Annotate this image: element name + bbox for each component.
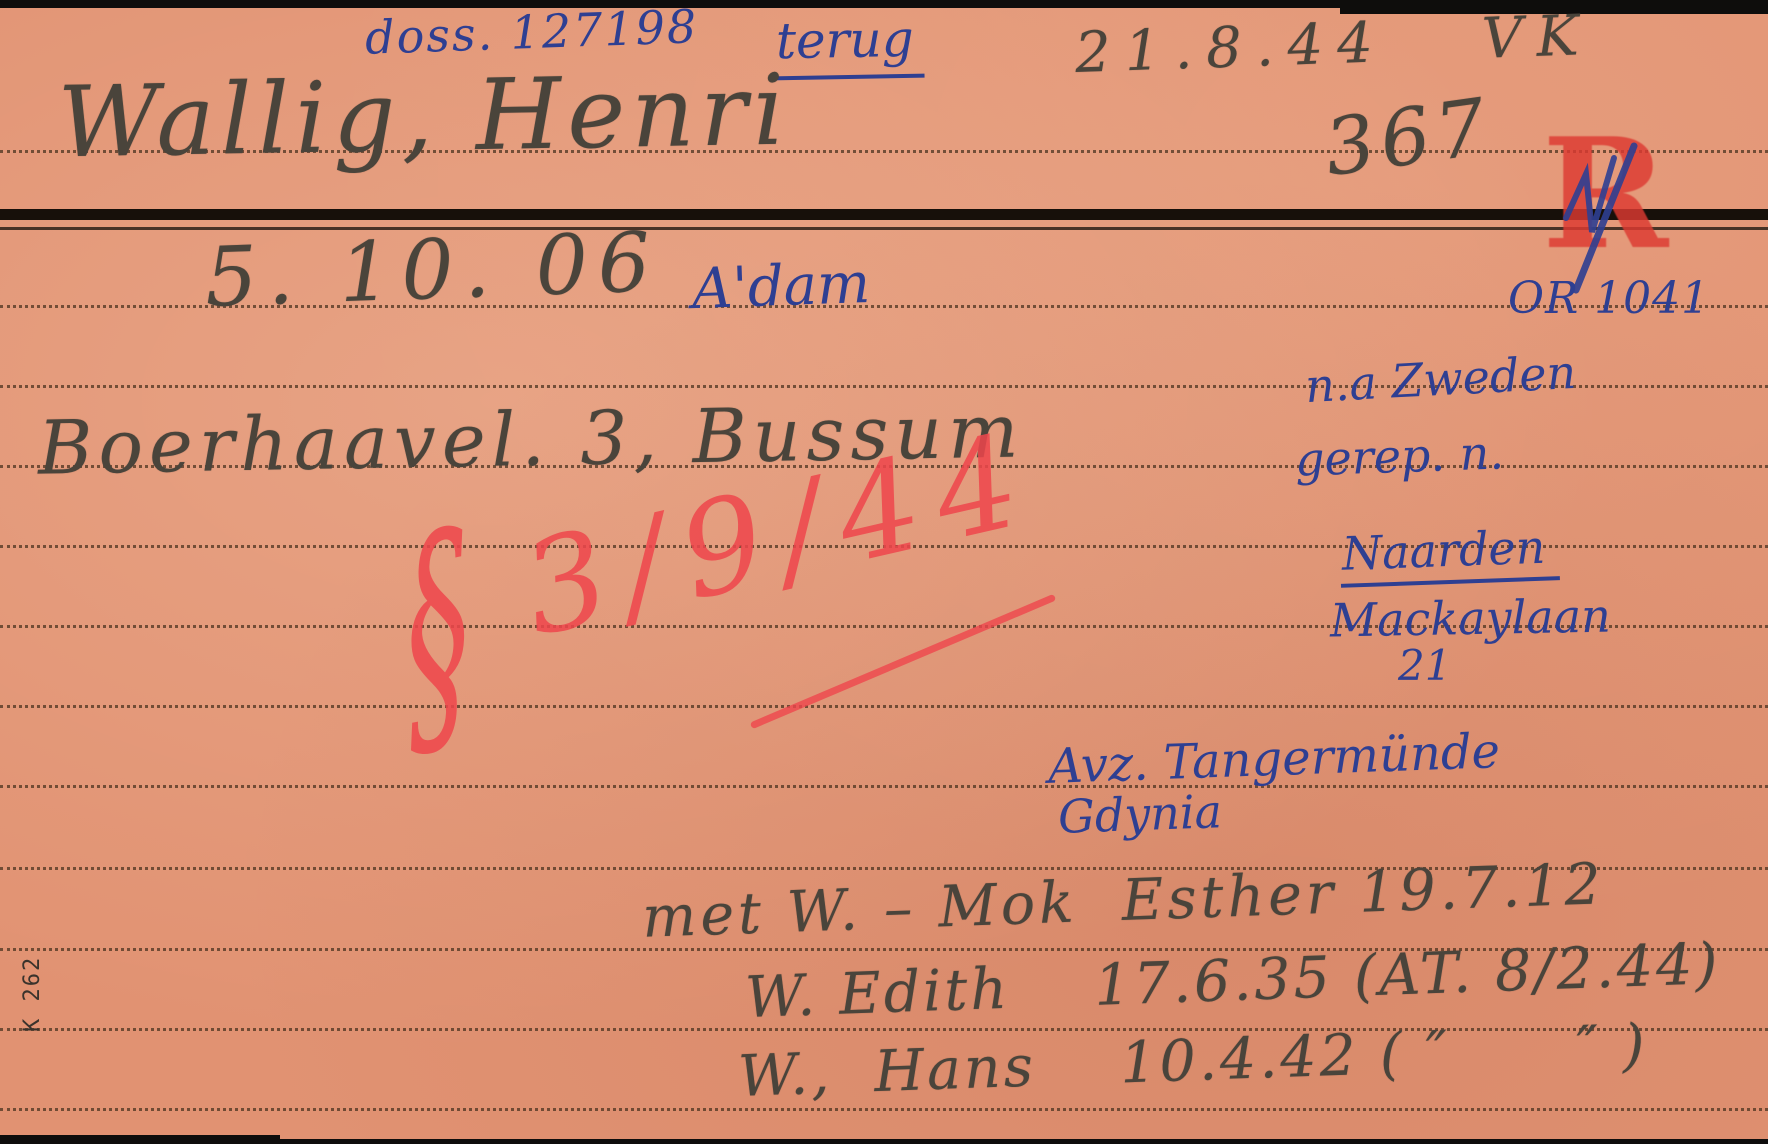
card-number: 367 [1320, 87, 1497, 191]
person-name: Wallig, Henri [57, 60, 791, 176]
ruled-line [0, 785, 1768, 788]
heavy-rule [0, 209, 1768, 220]
margin-note-zweden: n.a Zweden [1304, 348, 1577, 410]
index-card: doss. 127198 terug 21.8.44 VK Wallig, He… [0, 0, 1768, 1144]
margin-note-housenumber: 21 [1398, 644, 1451, 688]
margin-note-gerep: gerep. n. [1294, 428, 1504, 484]
ruled-line [0, 1108, 1768, 1111]
terug-note: terug [771, 13, 924, 80]
birth-date: 5. 10. 06 [204, 220, 662, 322]
margin-note-street: Mackaylaan [1330, 592, 1612, 645]
registration-date: 21.8.44 VK [1074, 7, 1593, 84]
transport-note-gdynia: Gdynia [1057, 787, 1223, 841]
red-paragraph-mark: § [398, 488, 477, 780]
card-edge-bottom-left [0, 1135, 280, 1144]
dossier-number: doss. 127198 [364, 2, 699, 62]
birth-place: A'dam [691, 255, 871, 320]
ruled-line [0, 705, 1768, 708]
transport-note-tangermuende: Avz. Tangermünde [1047, 726, 1500, 792]
or-number: OR 1041 [1508, 276, 1710, 322]
margin-note-naarden: Naarden [1339, 522, 1560, 588]
red-underline-stroke [750, 594, 1057, 729]
print-code: K 262 [20, 956, 45, 1032]
